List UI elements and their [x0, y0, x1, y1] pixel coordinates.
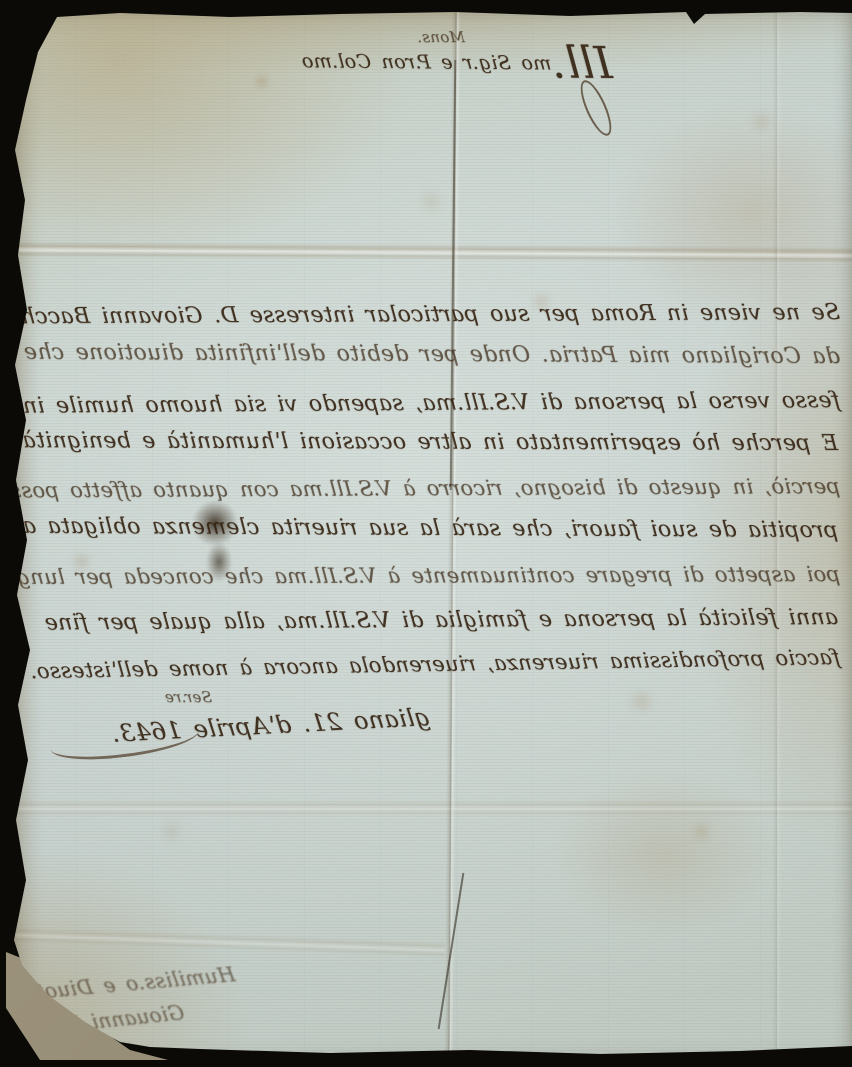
letter-line: perciò, in questo di bisogno, ricorro à …: [0, 474, 841, 503]
letter-line: Se ne viene in Roma per suo particolar i…: [12, 300, 841, 329]
stain-specks-light: [0, 0, 3, 3]
handwriting-layer: Mons. Ill.mo Sig.r e P.ron Col.mo Se ne …: [0, 0, 852, 1067]
header-salutation: Ill.mo Sig.r e P.ron Col.mo: [300, 39, 614, 86]
letter-line: faccio profondissima riuerenza, riuerend…: [0, 645, 841, 685]
closing-servant: Ser.re: [164, 688, 213, 706]
screenshot-root: { "meta": { "mirrored": true, "language"…: [0, 0, 852, 1067]
letter-line: E perche hò esperimentato in altre occas…: [0, 428, 839, 456]
letter-line: anni felicità la persona e famiglia di V…: [44, 605, 839, 636]
signature-paraph: [49, 714, 202, 764]
header-rest: mo Sig.r e P.ron Col.mo: [301, 50, 552, 74]
stain-specks-dark: [0, 0, 3, 3]
letter-line: fesso verso la persona di V.S.Ill.ma, sa…: [0, 388, 841, 420]
letter-line: poi aspetto di pregare continuamente à V…: [0, 562, 841, 589]
letter-paper: Mons. Ill.mo Sig.r e P.ron Col.mo Se ne …: [0, 0, 852, 1067]
letter-line: propitia de suoi fauori, che sarà la sua…: [0, 514, 839, 543]
letter-line: da Corigliano mia Patria. Onde per debit…: [0, 339, 841, 369]
